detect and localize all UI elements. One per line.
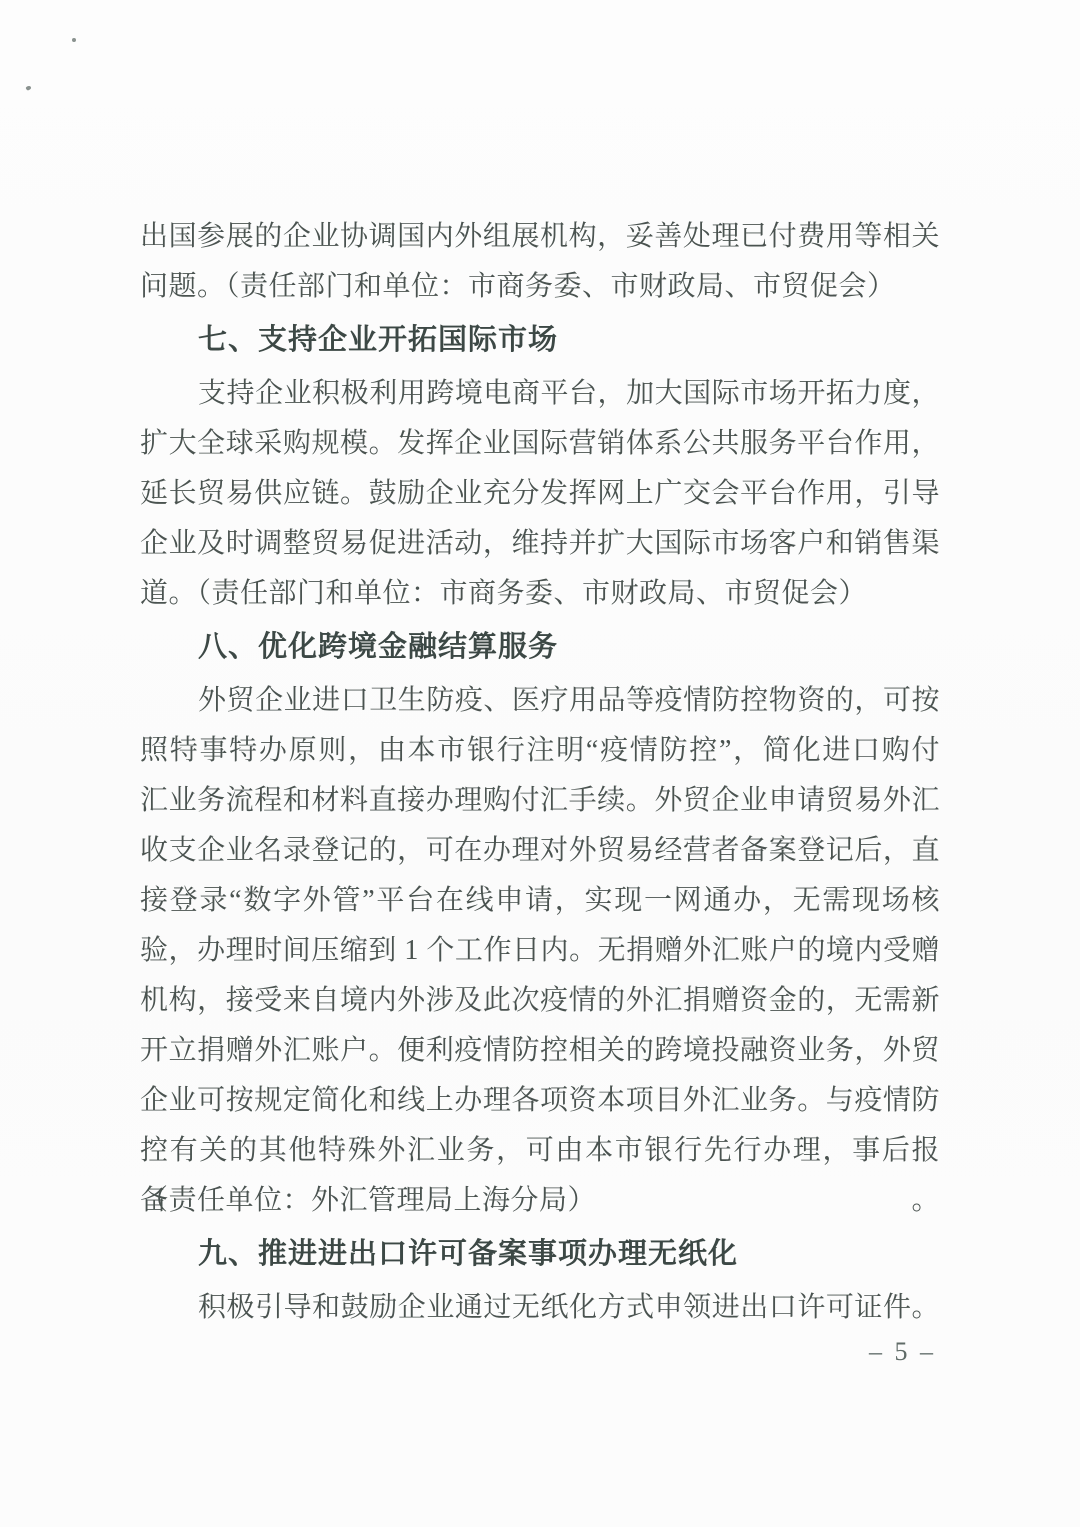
body-line: 企业可按规定简化和线上办理各项资本项目外汇业务。与疫情防 (140, 1076, 940, 1126)
body-line: 外贸企业进口卫生防疫、医疗用品等疫情防控物资的，可按 (140, 676, 940, 726)
section-heading-9: 九、推进进出口许可备案事项办理无纸化 (140, 1229, 940, 1279)
scanned-document-page: 出国参展的企业协调国内外组展机构，妥善处理已付费用等相关 问题。（责任部门和单位… (0, 0, 1080, 1527)
body-line: 接登录“数字外管”平台在线申请，实现一网通办，无需现场核 (140, 876, 940, 926)
section-heading-7: 七、支持企业开拓国际市场 (140, 315, 940, 365)
body-line: 延长贸易供应链。鼓励企业充分发挥网上广交会平台作用，引导 (140, 469, 940, 519)
section-heading-8: 八、优化跨境金融结算服务 (140, 622, 940, 672)
scan-speck (72, 38, 76, 42)
body-line: 收支企业名录登记的，可在办理对外贸易经营者备案登记后，直 (140, 826, 940, 876)
body-line: 道。（责任部门和单位：市商务委、市财政局、市贸促会） (140, 569, 940, 619)
page-number: – 5 – (140, 1338, 940, 1366)
body-line: 汇业务流程和材料直接办理购付汇手续。外贸企业申请贸易外汇 (140, 776, 940, 826)
body-line: 控有关的其他特殊外汇业务，可由本市银行先行办理，事后报备。 (140, 1126, 940, 1176)
body-line: 照特事特办原则，由本市银行注明“疫情防控”，简化进口购付 (140, 726, 940, 776)
body-line: 开立捐赠外汇账户。便利疫情防控相关的跨境投融资业务，外贸 (140, 1026, 940, 1076)
document-body: 出国参展的企业协调国内外组展机构，妥善处理已付费用等相关 问题。（责任部门和单位… (140, 212, 940, 1366)
scan-speck (25, 85, 31, 91)
body-line: 支持企业积极利用跨境电商平台，加大国际市场开拓力度， (140, 369, 940, 419)
body-line: 企业及时调整贸易促进活动，维持并扩大国际市场客户和销售渠 (140, 519, 940, 569)
body-line: 扩大全球采购规模。发挥企业国际营销体系公共服务平台作用， (140, 419, 940, 469)
body-line: 验，办理时间压缩到 1 个工作日内。无捐赠外汇账户的境内受赠 (140, 926, 940, 976)
body-line: 机构，接受来自境内外涉及此次疫情的外汇捐赠资金的，无需新 (140, 976, 940, 1026)
body-line: 出国参展的企业协调国内外组展机构，妥善处理已付费用等相关 (140, 212, 940, 262)
body-line: 问题。（责任部门和单位：市商务委、市财政局、市贸促会） (140, 262, 940, 312)
body-line: 积极引导和鼓励企业通过无纸化方式申领进出口许可证件。 (140, 1283, 940, 1333)
